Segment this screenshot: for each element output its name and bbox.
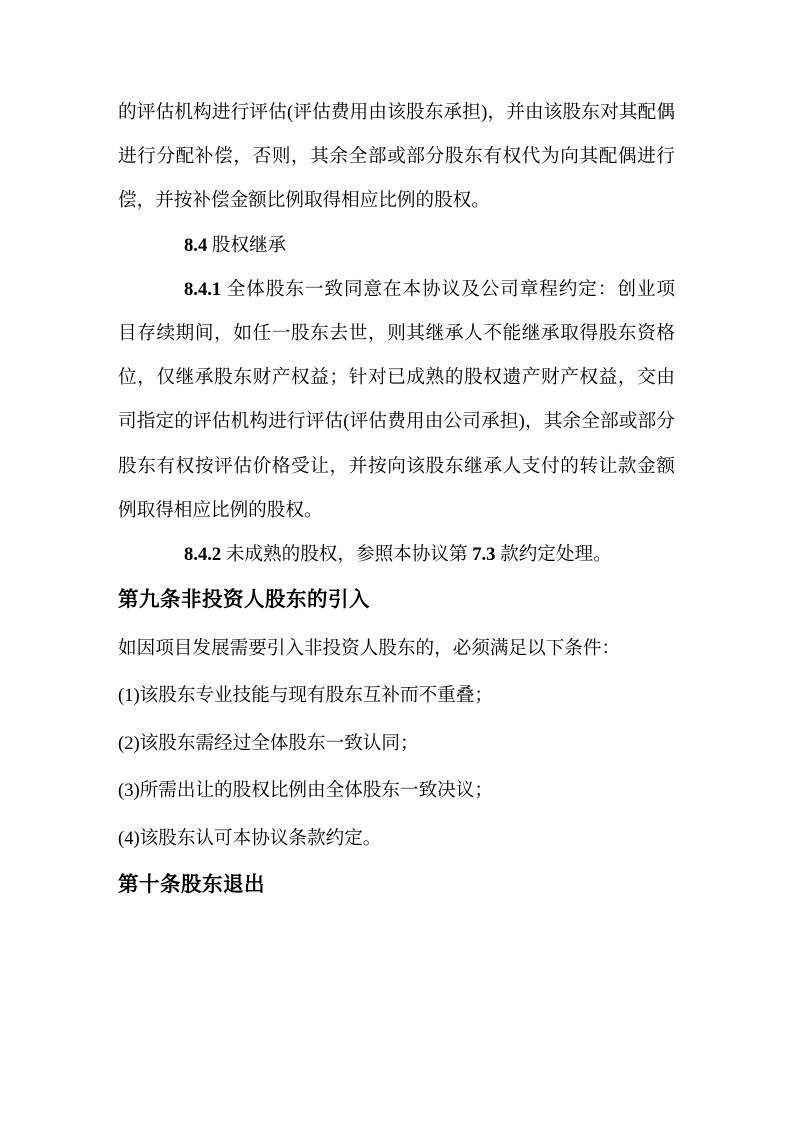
- para-clause-8-4-1-line-5: 股东有权按评估价格受让，并按向该股东继承人支付的转让款金额比: [118, 445, 675, 489]
- clause-number: 8.4.1: [184, 279, 221, 300]
- para-condition-1-line-1: (1)该股东专业技能与现有股东互补而不重叠；: [118, 672, 675, 720]
- text-segment: 偿，并按补偿金额比例取得相应比例的股权。: [118, 190, 490, 211]
- para-spouse-compensation-continued-line-2: 进行分配补偿，否则，其余全部或部分股东有权代为向其配偶进行补: [118, 135, 675, 179]
- text-segment: 全体股东一致同意在本协议及公司章程约定：创业项: [221, 279, 675, 300]
- text-segment: (2)该股东需经过全体股东一致认同；: [118, 733, 419, 754]
- para-condition-4-line-1: (4)该股东认可本协议条款约定。: [118, 815, 675, 863]
- text-segment: 位，仅继承股东财产权益；针对已成熟的股权遗产财产权益，交由公: [118, 367, 675, 400]
- document-page: 的评估机构进行评估(评估费用由该股东承担)，并由该股东对其配偶进行分配补偿，否则…: [0, 0, 794, 1123]
- para-clause-9-intro-line-1: 如因项目发展需要引入非投资人股东的，必须满足以下条件：: [118, 625, 675, 673]
- text-segment: 如因项目发展需要引入非投资人股东的，必须满足以下条件：: [118, 638, 620, 659]
- text-segment: 股东有权按评估价格受让，并按向该股东继承人支付的转让款金额比: [118, 456, 675, 489]
- para-spouse-compensation-continued-line-1: 的评估机构进行评估(评估费用由该股东承担)，并由该股东对其配偶: [118, 91, 675, 135]
- para-spouse-compensation-continued-line-3: 偿，并按补偿金额比例取得相应比例的股权。: [118, 179, 675, 223]
- para-clause-8-4-title-line-1: 8.4 股权继承: [118, 224, 675, 268]
- text-segment: 的评估机构进行评估(评估费用由该股东承担)，并由该股东对其配偶: [118, 102, 675, 123]
- para-condition-2-line-1: (2)该股东需经过全体股东一致认同；: [118, 720, 675, 768]
- para-condition-3: (3)所需出让的股权比例由全体股东一致决议；: [118, 767, 675, 815]
- text-segment: 目存续期间，如任一股东去世，则其继承人不能继承取得股东资格地: [118, 323, 675, 356]
- text-segment: 司指定的评估机构进行评估(评估费用由公司承担)，其余全部或部分: [118, 411, 675, 432]
- text-segment: 第九条非投资人股东的引入: [118, 589, 370, 611]
- document-body: 的评估机构进行评估(评估费用由该股东承担)，并由该股东对其配偶进行分配补偿，否则…: [118, 91, 675, 910]
- text-segment: 第十条股东退出: [118, 874, 265, 896]
- para-clause-8-4-1-line-2: 目存续期间，如任一股东去世，则其继承人不能继承取得股东资格地: [118, 312, 675, 356]
- text-segment: (3)所需出让的股权比例由全体股东一致决议；: [118, 780, 493, 801]
- section-clause-9-10: 第九条非投资人股东的引入如因项目发展需要引入非投资人股东的，必须满足以下条件：(…: [118, 577, 675, 910]
- text-segment: 进行分配补偿，否则，其余全部或部分股东有权代为向其配偶进行补: [118, 146, 675, 179]
- heading-clause-10-line-1: 第十条股东退出: [118, 862, 675, 910]
- section-clause-8: 的评估机构进行评估(评估费用由该股东承担)，并由该股东对其配偶进行分配补偿，否则…: [118, 91, 675, 577]
- para-condition-1: (1)该股东专业技能与现有股东互补而不重叠；: [118, 672, 675, 720]
- para-clause-8-4-1: 8.4.1 全体股东一致同意在本协议及公司章程约定：创业项目存续期间，如任一股东…: [118, 268, 675, 533]
- heading-clause-10: 第十条股东退出: [118, 862, 675, 910]
- para-condition-2: (2)该股东需经过全体股东一致认同；: [118, 720, 675, 768]
- clause-number: 7.3: [472, 544, 495, 565]
- text-segment: 股权继承: [207, 235, 286, 256]
- para-clause-8-4-title: 8.4 股权继承: [118, 224, 675, 268]
- para-clause-8-4-1-line-6: 例取得相应比例的股权。: [118, 489, 675, 533]
- heading-clause-9-line-1: 第九条非投资人股东的引入: [118, 577, 675, 625]
- para-clause-8-4-1-line-3: 位，仅继承股东财产权益；针对已成熟的股权遗产财产权益，交由公: [118, 356, 675, 400]
- clause-number: 8.4: [184, 235, 207, 256]
- para-clause-9-intro: 如因项目发展需要引入非投资人股东的，必须满足以下条件：: [118, 625, 675, 673]
- heading-clause-9: 第九条非投资人股东的引入: [118, 577, 675, 625]
- para-clause-8-4-2-line-1: 8.4.2 未成熟的股权，参照本协议第 7.3 款约定处理。: [118, 533, 675, 577]
- para-clause-8-4-2: 8.4.2 未成熟的股权，参照本协议第 7.3 款约定处理。: [118, 533, 675, 577]
- text-segment: 未成熟的股权，参照本协议第: [221, 544, 472, 565]
- para-clause-8-4-1-line-1: 8.4.1 全体股东一致同意在本协议及公司章程约定：创业项: [118, 268, 675, 312]
- para-spouse-compensation-continued: 的评估机构进行评估(评估费用由该股东承担)，并由该股东对其配偶进行分配补偿，否则…: [118, 91, 675, 224]
- text-segment: 例取得相应比例的股权。: [118, 500, 323, 521]
- text-segment: 款约定处理。: [495, 544, 611, 565]
- text-segment: (4)该股东认可本协议条款约定。: [118, 828, 381, 849]
- clause-number: 8.4.2: [184, 544, 221, 565]
- para-clause-8-4-1-line-4: 司指定的评估机构进行评估(评估费用由公司承担)，其余全部或部分: [118, 400, 675, 444]
- text-segment: (1)该股东专业技能与现有股东互补而不重叠；: [118, 685, 493, 706]
- para-condition-3-line-1: (3)所需出让的股权比例由全体股东一致决议；: [118, 767, 675, 815]
- para-condition-4: (4)该股东认可本协议条款约定。: [118, 815, 675, 863]
